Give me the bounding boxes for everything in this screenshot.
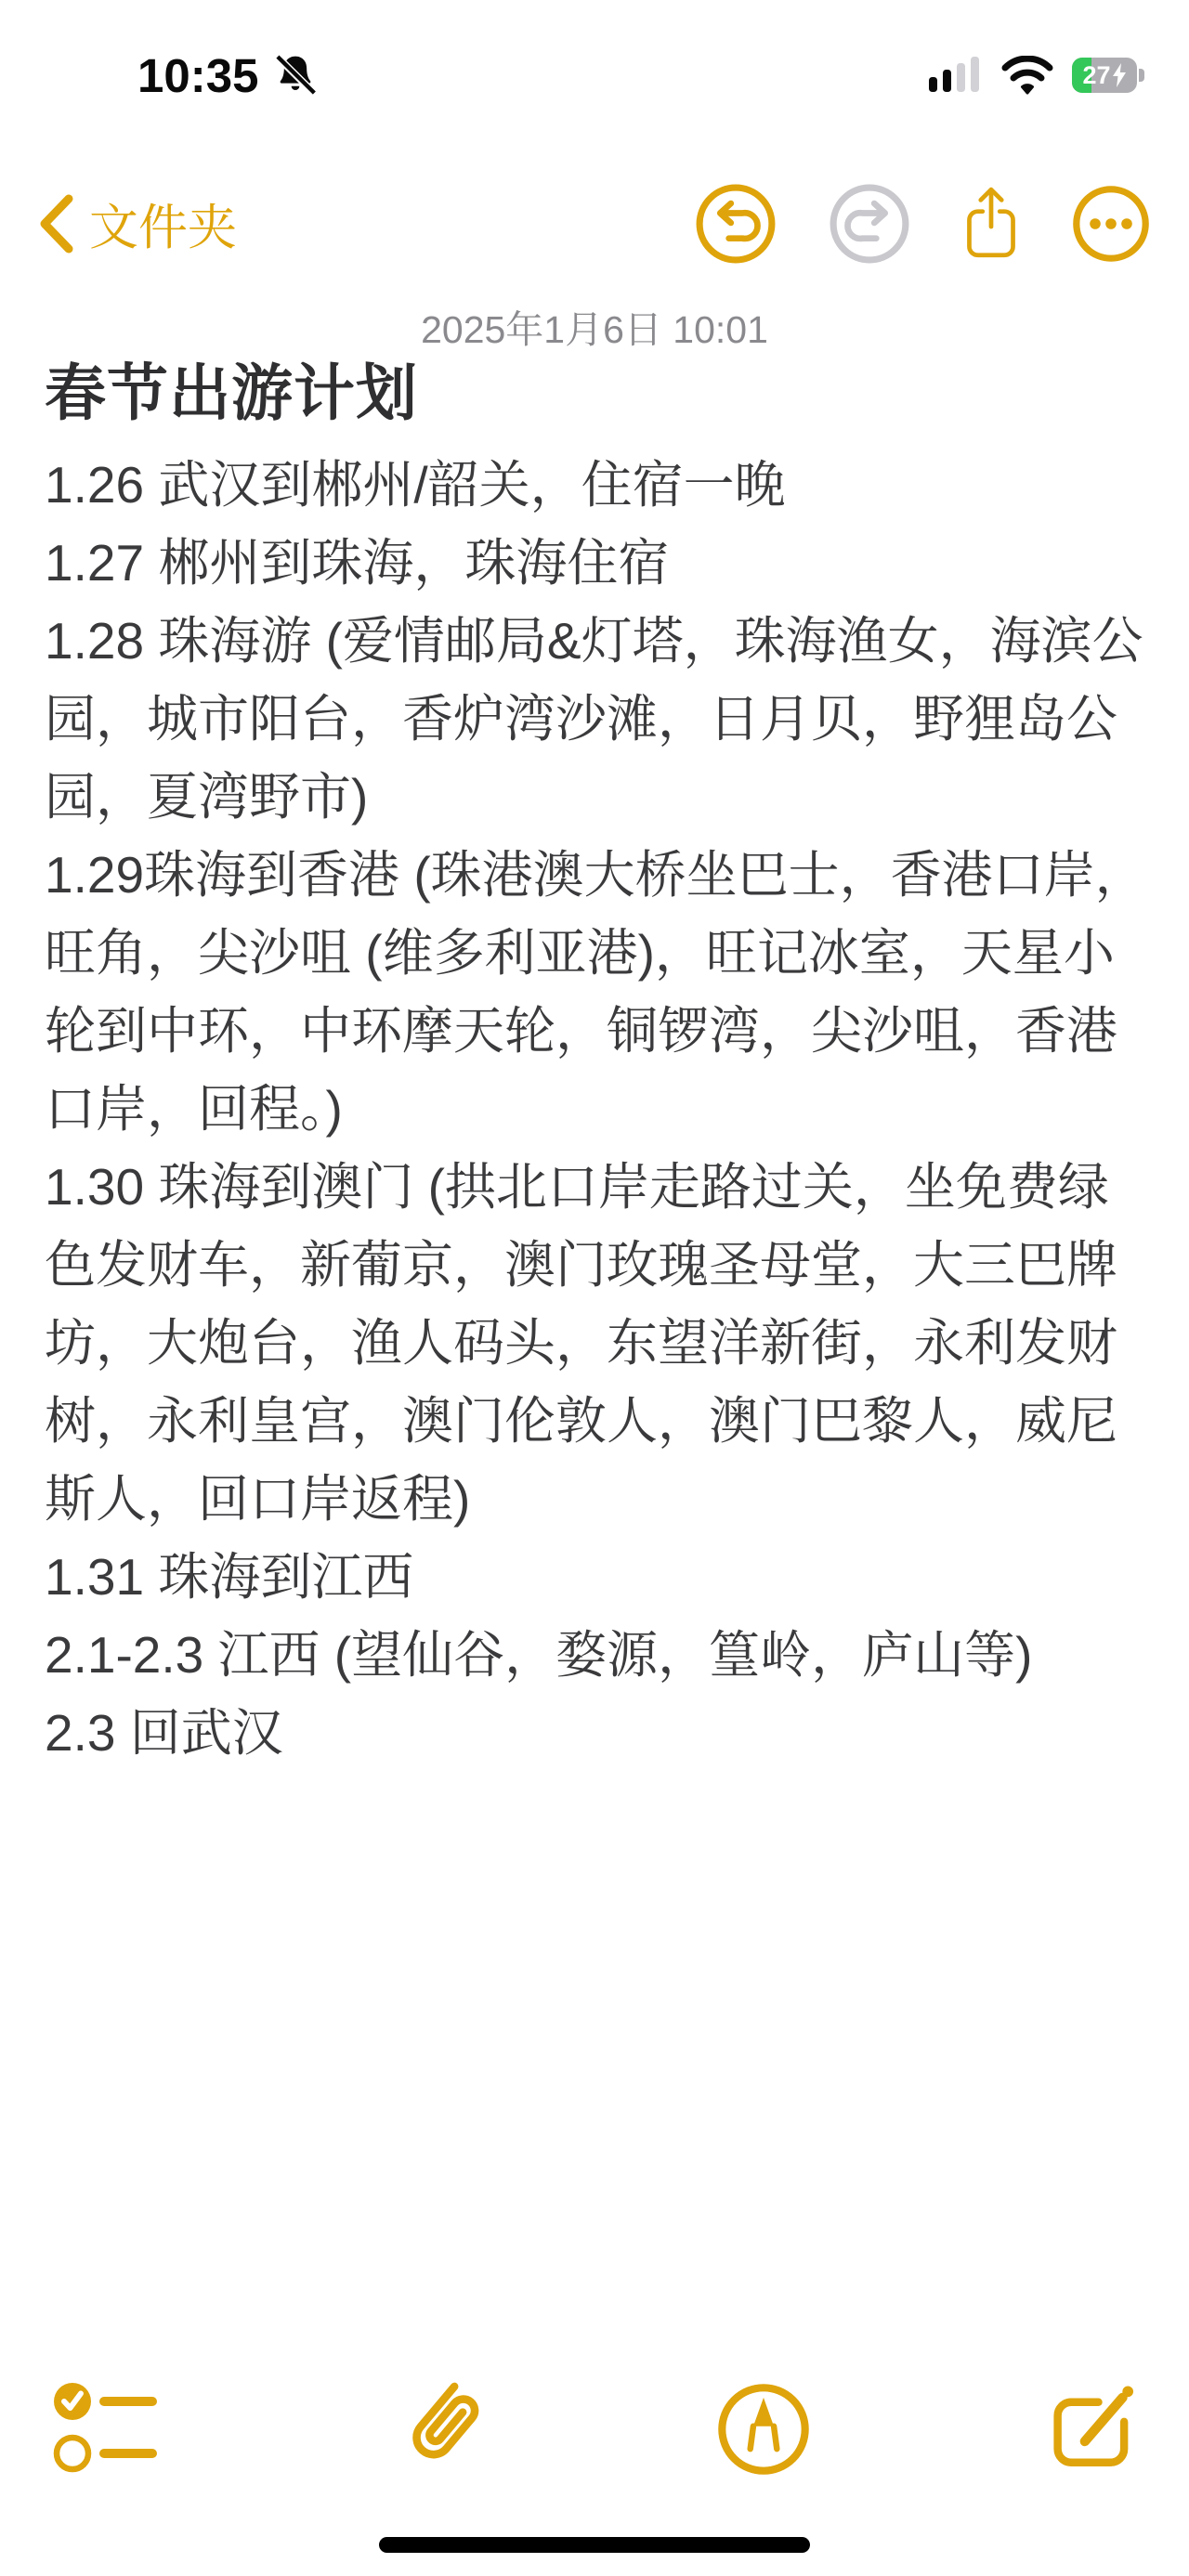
home-indicator[interactable]	[379, 2537, 810, 2553]
battery-percent: 27	[1082, 61, 1110, 90]
bell-slash-icon	[271, 51, 320, 99]
back-chevron-icon	[37, 193, 76, 254]
battery-charging-icon: 27	[1072, 58, 1144, 93]
attachment-button[interactable]	[394, 2378, 483, 2480]
markup-button[interactable]	[715, 2381, 812, 2478]
back-button[interactable]: 文件夹	[37, 189, 237, 259]
itinerary-entry[interactable]: 1.31 珠海到江西	[45, 1538, 1146, 1616]
itinerary-entry[interactable]: 1.30 珠海到澳门 (拱北口岸走路过关，坐免费绿色发财车，新葡京，澳门玫瑰圣母…	[45, 1148, 1146, 1538]
back-button-label: 文件夹	[89, 189, 237, 259]
itinerary-entry[interactable]: 2.1-2.3 江西 (望仙谷，婺源，篁岭，庐山等)	[45, 1616, 1146, 1694]
itinerary-entry[interactable]: 2.3 回武汉	[45, 1694, 1146, 1772]
note-editor[interactable]: 春节出游计划 1.26 武汉到郴州/韶关，住宿一晚 1.27 郴州到珠海，珠海住…	[45, 355, 1146, 1772]
more-button[interactable]	[1070, 183, 1152, 265]
compose-icon	[1044, 2381, 1141, 2478]
nav-actions	[645, 181, 1152, 267]
itinerary-entry[interactable]: 1.26 武汉到郴州/韶关，住宿一晚	[45, 446, 1146, 524]
undo-button[interactable]	[693, 181, 778, 267]
paperclip-icon	[394, 2378, 483, 2480]
share-icon	[960, 183, 1022, 265]
markup-pen-icon	[715, 2381, 812, 2478]
clock-time: 10:35	[137, 48, 258, 103]
nav-bar: 文件夹	[0, 169, 1189, 279]
redo-button[interactable]	[827, 181, 912, 267]
charging-bolt-icon	[1112, 63, 1127, 87]
redo-icon	[827, 181, 912, 267]
checklist-icon	[52, 2379, 162, 2479]
status-left: 10:35	[137, 48, 320, 103]
bottom-toolbar	[0, 2374, 1189, 2485]
itinerary-entry[interactable]: 1.29珠海到香港 (珠港澳大桥坐巴士，香港口岸，旺角，尖沙咀 (维多利亚港)，…	[45, 836, 1146, 1148]
cellular-signal-icon	[929, 57, 983, 94]
note-title[interactable]: 春节出游计划	[45, 355, 1146, 431]
more-ellipsis-icon	[1070, 183, 1152, 265]
itinerary-entry[interactable]: 1.28 珠海游 (爱情邮局&灯塔，珠海渔女，海滨公园，城市阳台，香炉湾沙滩，日…	[45, 602, 1146, 836]
wifi-icon	[1001, 56, 1053, 95]
undo-icon	[693, 181, 778, 267]
compose-button[interactable]	[1044, 2381, 1141, 2478]
share-button[interactable]	[960, 183, 1022, 265]
status-right: 27	[929, 56, 1144, 95]
checklist-button[interactable]	[52, 2379, 162, 2479]
status-bar: 10:35	[0, 35, 1189, 115]
note-date: 2025年1月6日 10:01	[0, 299, 1189, 354]
itinerary-entry[interactable]: 1.27 郴州到珠海，珠海住宿	[45, 524, 1146, 602]
